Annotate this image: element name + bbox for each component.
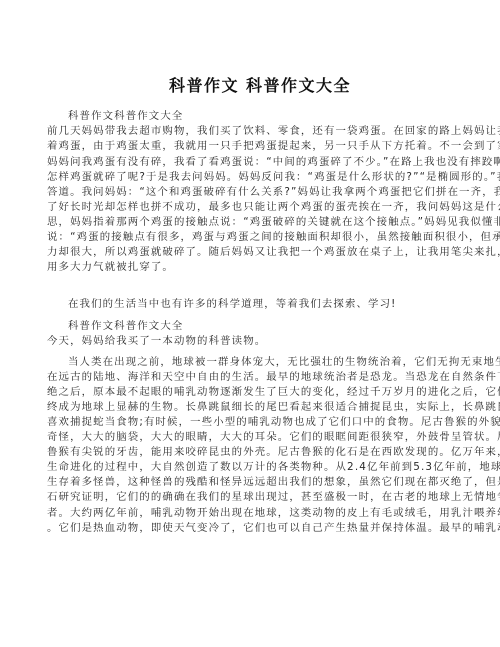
paragraph-line: 今天，妈妈给我买了一本动物的科普读物。: [47, 335, 266, 348]
section-heading: 科普作文科普作文大全: [68, 110, 183, 123]
paragraph-line: 当人类在出现之前，地球被一群身体宠大，无比强壮的生物统治着，它们无拘无束地生活: [68, 356, 500, 369]
paragraph-line: 奇怪，大大的脑袋，大大的眼睛，大大的耳朵。它们的眼眶间距很狭窄，外鼓骨呈管状。尼…: [47, 431, 500, 444]
paragraph-line: 在远古的陆地、海洋和天空中自由的生活。最早的地球统治者是恐龙。当恐龙在自然条件下…: [47, 371, 500, 384]
paragraph-line: 。它们是热血动物，即使天气变冷了，它们也可以自己产生热量并保持体温。最早的哺乳动…: [47, 522, 500, 535]
paragraph-line: 生存着多怪兽，这种怪兽的残酷和怪异远远超出我们的想象，虽然它们现在都灭绝了，但是…: [47, 476, 500, 489]
section-heading: 科普作文科普作文大全: [68, 320, 183, 333]
paragraph-line: 在我们的生活当中也有许多的科学道理，等着我们去探索、学习!: [68, 298, 396, 311]
document-title: 科普作文 科普作文大全: [0, 73, 500, 96]
paragraph-line: 说：“鸡蛋的接触点有很多，鸡蛋与鸡蛋之间的接触面积却很小，虽然接触面积很小，但承…: [47, 231, 500, 244]
paragraph-line: 了好长时光却怎样也拼不成功，最多也只能让两个鸡蛋的蛋壳挨在一齐，我问妈妈这是什么…: [47, 201, 500, 214]
paragraph-line: 喜欢捕捉蛇当食物;有时候，一些小型的哺乳动物也成了它们口中的食物。尼古鲁猴的外貌…: [47, 416, 500, 429]
paragraph-line: 着鸡蛋，由于鸡蛋太重，我就用一只手把鸡蛋提起来，另一只手从下方托着。不一会到了家…: [47, 140, 500, 153]
paragraph-line: 答道。我问妈妈：“这个和鸡蛋破碎有什么关系?”妈妈让我拿两个鸡蛋把它们拼在一齐，…: [47, 186, 500, 199]
paragraph-line: 生命进化的过程中，大自然创造了数以万计的各类物种。从2.4亿年前到5.3亿年前，…: [47, 461, 500, 474]
paragraph-line: 怎样鸡蛋就碎了呢?于是我去问妈妈。妈妈反问我：“鸡蛋是什么形状的?”“是椭圆形的…: [47, 171, 500, 184]
paragraph-line: 石研究证明，它们的的确确在我们的星球出现过，甚至盛极一时，在古老的地球上无情地争…: [47, 491, 500, 504]
paragraph-line: 用多大力气就被扎穿了。: [47, 261, 174, 274]
document-page: 科普作文 科普作文大全 科普作文科普作文大全 前几天妈妈带我去超市购物，我们买了…: [0, 0, 500, 647]
paragraph-line: 鲁猴有尖锐的牙齿，能用来咬碎昆虫的外壳。尼古鲁猴的化石是在西欧发现的。亿万年来，…: [47, 446, 500, 459]
paragraph-line: 力却很大，所以鸡蛋就破碎了。随后妈妈又让我把一个鸡蛋放在桌子上，让我用笔尖来扎，…: [47, 246, 500, 259]
paragraph-line: 前几天妈妈带我去超市购物，我们买了饮料、零食，还有一袋鸡蛋。在回家的路上妈妈让我…: [47, 125, 500, 138]
paragraph-line: 妈妈问我鸡蛋有没有碎，我看了看鸡蛋说：“中间的鸡蛋碎了不少。”在路上我也没有摔跤…: [47, 156, 500, 169]
paragraph-line: 绝之后，原本最不起眼的哺乳动物逐渐发生了巨大的变化，经过千万岁月的进化之后，它们…: [47, 386, 500, 399]
paragraph-line: 终成为地球上显赫的生物。长鼻跳鼠细长的尾巴看起来很适合捕捉昆虫，实际上，长鼻跳鼠…: [47, 401, 500, 414]
paragraph-line: 者。大约两亿年前，哺乳动物开始出现在地球，这类动物的皮上有毛或绒毛，用乳汁喂养幼…: [47, 507, 500, 520]
paragraph-line: 思，妈妈指着那两个鸡蛋的接触点说：“鸡蛋破碎的关键就在这个接触点。”妈妈见我似懂…: [47, 216, 500, 229]
